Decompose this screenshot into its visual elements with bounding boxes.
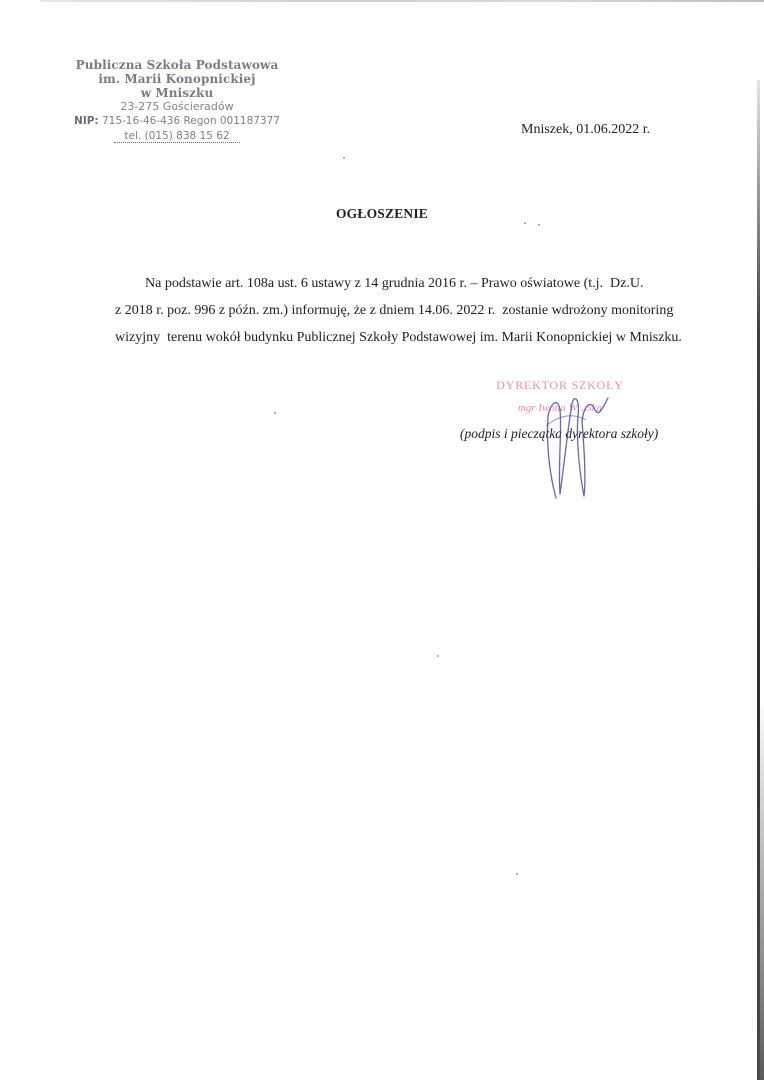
body-line: wizyjny terenu wokół budynku Publicznej … xyxy=(115,324,670,351)
director-name: mgr Iwona W…ska xyxy=(470,402,650,414)
school-name-line1: Publiczna Szkoła Podstawowa xyxy=(74,58,280,72)
signature-caption: (podpis i pieczątka dyrektora szkoły) xyxy=(460,426,658,442)
director-role: DYREKTOR SZKOŁY xyxy=(470,378,650,393)
scan-speck xyxy=(524,222,526,224)
scan-right-edge-shadow xyxy=(760,700,764,1080)
nip-label: NIP: xyxy=(74,115,99,127)
scanned-page: Publiczna Szkoła Podstawowa im. Marii Ko… xyxy=(0,0,764,1080)
announcement-body: Na podstawie art. 108a ust. 6 ustawy z 1… xyxy=(115,270,670,351)
school-phone: tel. (015) 838 15 62 xyxy=(114,130,239,143)
school-name-line2: im. Marii Konopnickiej xyxy=(74,72,280,86)
scan-speck xyxy=(538,224,540,226)
school-header-stamp: Publiczna Szkoła Podstawowa im. Marii Ko… xyxy=(74,58,280,143)
school-name-line3: w Mniszku xyxy=(74,86,280,100)
body-line: Na podstawie art. 108a ust. 6 ustawy z 1… xyxy=(115,270,670,297)
scan-speck xyxy=(343,157,345,159)
nip-value: 715-16-46-436 Regon 001187377 xyxy=(102,115,280,127)
scan-speck xyxy=(274,412,276,414)
scan-speck xyxy=(437,655,439,657)
body-line: z 2018 r. poz. 996 z późn. zm.) informuj… xyxy=(115,297,670,324)
school-address: 23-275 Gościeradów xyxy=(74,100,280,114)
school-nip-regon: NIP: 715-16-46-436 Regon 001187377 xyxy=(74,114,280,128)
scan-top-edge xyxy=(40,0,764,2)
director-stamp: DYREKTOR SZKOŁY mgr Iwona W…ska xyxy=(470,378,650,414)
scan-speck xyxy=(516,873,518,875)
document-title: OGŁOSZENIE xyxy=(0,206,764,222)
place-and-date: Mniszek, 01.06.2022 r. xyxy=(521,122,650,138)
